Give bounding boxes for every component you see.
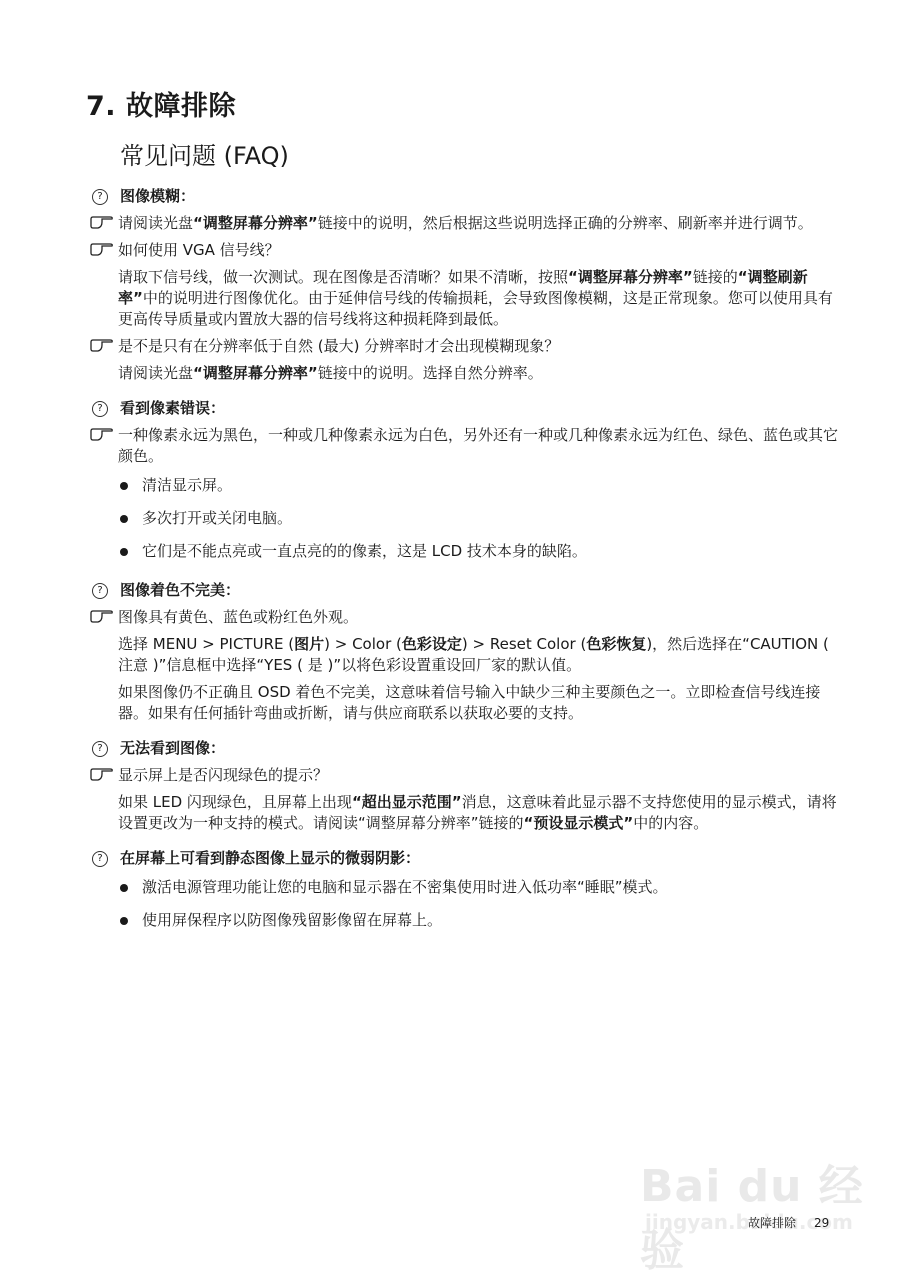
footer-section: 故障排除: [748, 1216, 796, 1230]
bullet-item: 激活电源管理功能让您的电脑和显示器在不密集使用时进入低功率“睡眠”模式。: [120, 877, 840, 898]
faq-question: ? 图像着色不完美：: [90, 580, 840, 601]
faq-question: ? 无法看到图像：: [90, 738, 840, 759]
faq-question: ? 图像模糊：: [90, 186, 840, 207]
answer-text: 显示屏上是否闪现绿色的提示？: [118, 765, 840, 786]
faq-answer-item: 是不是只有在分辨率低于自然 (最大) 分辨率时才会出现模糊现象？: [90, 336, 840, 357]
question-circle-icon: ?: [92, 583, 108, 599]
bullet-list: 激活电源管理功能让您的电脑和显示器在不密集使用时进入低功率“睡眠”模式。 使用屏…: [90, 877, 840, 931]
bullet-item: 使用屏保程序以防图像残留影像留在屏幕上。: [120, 910, 840, 931]
bullet-icon: [120, 917, 128, 925]
question-text: 看到像素错误：: [120, 398, 225, 419]
bullet-item: 它们是不能点亮或一直点亮的的像素，这是 LCD 技术本身的缺陷。: [120, 541, 840, 562]
answer-paragraph: 选择 MENU > PICTURE (图片) > Color (色彩设定) > …: [90, 634, 840, 676]
page-footer: 故障排除29: [748, 1214, 847, 1231]
answer-text: 图像具有黄色、蓝色或粉红色外观。: [118, 607, 840, 628]
bullet-icon: [120, 515, 128, 523]
answer-paragraph: 请阅读光盘“调整屏幕分辨率”链接中的说明。选择自然分辨率。: [90, 363, 840, 384]
question-text: 在屏幕上可看到静态图像上显示的微弱阴影：: [120, 848, 420, 869]
pointing-hand-icon: [90, 336, 118, 353]
question-circle-icon: ?: [92, 189, 108, 205]
faq-answer-item: 图像具有黄色、蓝色或粉红色外观。: [90, 607, 840, 628]
faq-answer-item: 一种像素永远为黑色，一种或几种像素永远为白色，另外还有一种或几种像素永远为红色、…: [90, 425, 840, 467]
answer-text: 请阅读光盘“调整屏幕分辨率”链接中的说明，然后根据这些说明选择正确的分辨率、刷新…: [118, 213, 840, 234]
faq-answer-item: 显示屏上是否闪现绿色的提示？: [90, 765, 840, 786]
pointing-hand-icon: [90, 240, 118, 257]
bullet-item: 清洁显示屏。: [120, 475, 840, 496]
chapter-title: 7. 故障排除: [86, 84, 236, 123]
question-circle-icon: ?: [92, 851, 108, 867]
answer-paragraph: 如果图像仍不正确且 OSD 着色不完美，这意味着信号输入中缺少三种主要颜色之一。…: [90, 682, 840, 724]
document-page: 7. 故障排除 常见问题 (FAQ) ? 图像模糊： 请阅读光盘“调整屏幕分辨率…: [0, 0, 904, 1280]
bullet-item: 多次打开或关闭电脑。: [120, 508, 840, 529]
question-circle-icon: ?: [92, 401, 108, 417]
answer-text: 一种像素永远为黑色，一种或几种像素永远为白色，另外还有一种或几种像素永远为红色、…: [118, 425, 840, 467]
question-text: 图像模糊：: [120, 186, 195, 207]
pointing-hand-icon: [90, 213, 118, 230]
faq-question: ? 在屏幕上可看到静态图像上显示的微弱阴影：: [90, 848, 840, 869]
bullet-icon: [120, 482, 128, 490]
question-text: 无法看到图像：: [120, 738, 225, 759]
faq-answer-item: 请阅读光盘“调整屏幕分辨率”链接中的说明，然后根据这些说明选择正确的分辨率、刷新…: [90, 213, 840, 234]
faq-answer-item: 如何使用 VGA 信号线？: [90, 240, 840, 261]
bullet-icon: [120, 548, 128, 556]
faq-question: ? 看到像素错误：: [90, 398, 840, 419]
answer-text: 是不是只有在分辨率低于自然 (最大) 分辨率时才会出现模糊现象？: [118, 336, 840, 357]
page-number: 29: [814, 1216, 829, 1230]
question-circle-icon: ?: [92, 741, 108, 757]
answer-text: 如何使用 VGA 信号线？: [118, 240, 840, 261]
pointing-hand-icon: [90, 425, 118, 442]
question-text: 图像着色不完美：: [120, 580, 240, 601]
section-title: 常见问题 (FAQ): [120, 136, 289, 171]
bullet-icon: [120, 884, 128, 892]
pointing-hand-icon: [90, 765, 118, 782]
faq-content: ? 图像模糊： 请阅读光盘“调整屏幕分辨率”链接中的说明，然后根据这些说明选择正…: [90, 186, 840, 943]
pointing-hand-icon: [90, 607, 118, 624]
bullet-list: 清洁显示屏。 多次打开或关闭电脑。 它们是不能点亮或一直点亮的的像素，这是 LC…: [90, 475, 840, 562]
answer-paragraph: 请取下信号线，做一次测试。现在图像是否清晰？如果不清晰，按照“调整屏幕分辨率”链…: [90, 267, 840, 330]
answer-paragraph: 如果 LED 闪现绿色，且屏幕上出现“超出显示范围”消息，这意味着此显示器不支持…: [90, 792, 840, 834]
